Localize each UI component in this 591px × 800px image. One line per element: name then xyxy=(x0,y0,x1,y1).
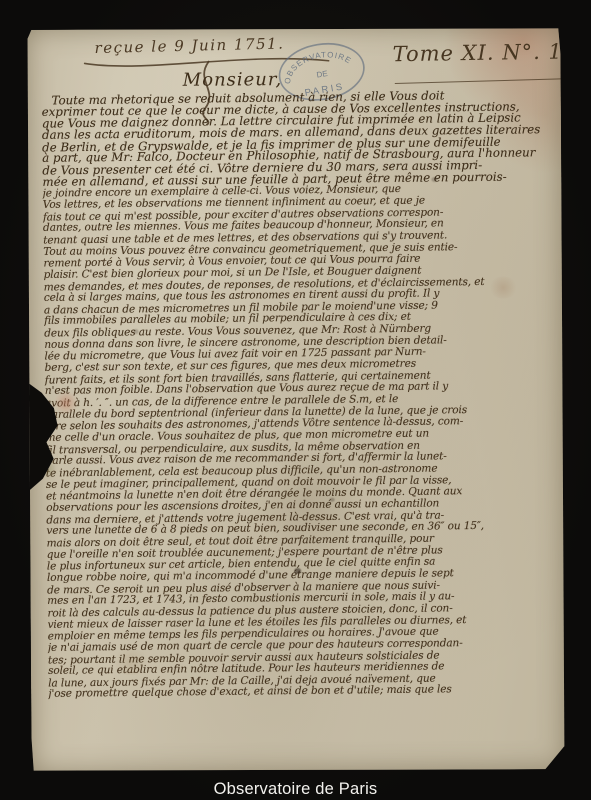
salutation: Monsieur, xyxy=(183,69,283,91)
letter-body: Toute ma rhetorique se reduit absolument… xyxy=(42,89,561,715)
photo-background: reçue le 9 Juin 1751. Tome XI. N°. 113. … xyxy=(0,0,591,800)
wax-seal-residue xyxy=(53,392,79,414)
ink-blot xyxy=(431,177,437,182)
ink-blot xyxy=(294,568,301,574)
foxing-stain xyxy=(111,649,151,675)
archive-volume-ref: Tome XI. N°. 113. xyxy=(392,39,591,66)
manuscript-page: reçue le 9 Juin 1751. Tome XI. N°. 113. … xyxy=(26,26,565,773)
stamp-text-top: OBSERVATOIRE xyxy=(279,46,356,86)
svg-text:OBSERVATOIRE: OBSERVATOIRE xyxy=(279,46,356,86)
archive-ref-underline xyxy=(395,78,561,84)
ink-blot xyxy=(330,498,335,502)
caption: Observatoire de Paris xyxy=(0,780,591,799)
stamp-text-middle: DE xyxy=(316,69,328,80)
foxing-stain xyxy=(488,276,518,298)
ink-blot xyxy=(134,329,139,334)
